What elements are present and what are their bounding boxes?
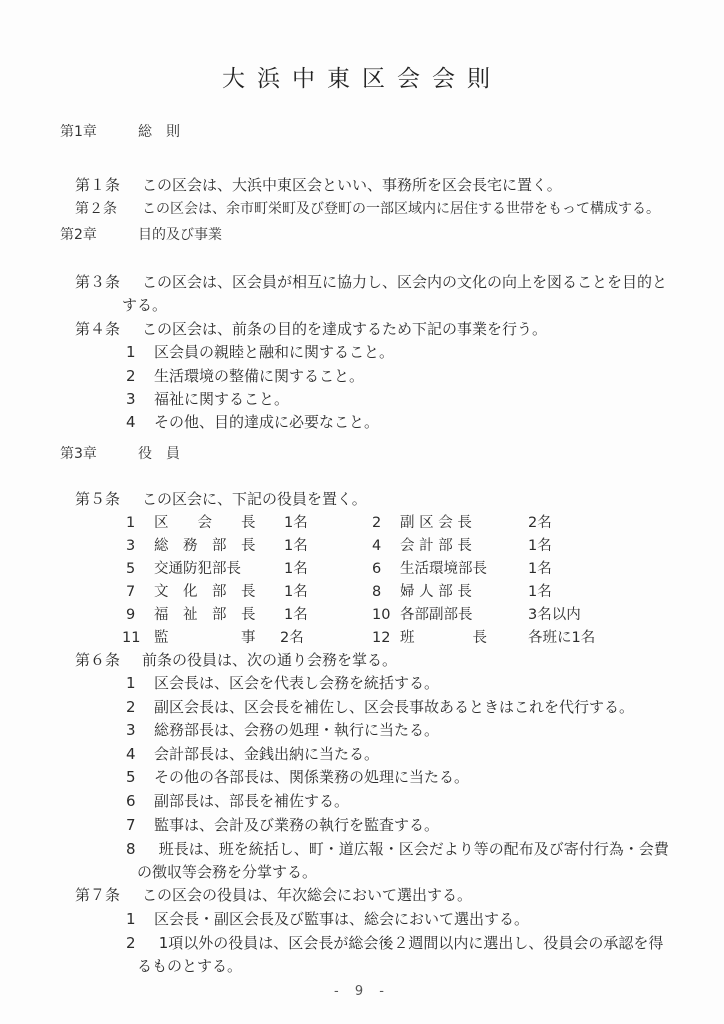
officer-row: 11監 事2名 xyxy=(122,626,304,647)
chapter-heading: 第1章総 則 xyxy=(60,121,180,141)
list-item: 5その他の各部長は、関係業務の処理に当たる。 xyxy=(126,766,469,787)
article-label: 第５条 xyxy=(75,488,142,509)
chapter-heading: 第3章役 員 xyxy=(60,443,180,463)
list-item: 1区会長・副区会長及び監事は、総会において選出する。 xyxy=(126,908,529,929)
article-label: 第４条 xyxy=(75,318,142,339)
officer-row: 8婦 人 部 長1名 xyxy=(372,580,552,601)
article: 第６条前条の役員は、次の通り会務を掌る。 xyxy=(75,649,397,670)
list-item: 7監事は、会計及び業務の執行を監査する。 xyxy=(126,814,439,835)
article-text: この区会の役員は、年次総会において選出する。 xyxy=(142,886,472,904)
article: 第５条この区会に、下記の役員を置く。 xyxy=(75,488,367,509)
officer-row: 9福 祉 部 長1名 xyxy=(126,603,308,624)
chapter-name: 目的及び事業 xyxy=(138,227,222,243)
article-continuation: する。 xyxy=(122,294,167,315)
list-item: 1区会長は、区会を代表し会務を統括する。 xyxy=(126,672,439,693)
officer-row: 7文 化 部 長1名 xyxy=(126,580,308,601)
officer-row: 5交通防犯部長1名 xyxy=(126,557,308,578)
officer-row: 4会 計 部 長1名 xyxy=(372,534,552,555)
article-label: 第７条 xyxy=(75,884,142,905)
article-text: この区会に、下記の役員を置く。 xyxy=(142,490,367,508)
article-text: この区会は、大浜中東区会といい、事務所を区会長宅に置く。 xyxy=(142,176,562,194)
list-item-continuation: の徴収等会務を分掌する。 xyxy=(137,861,317,882)
article: 第２条この区会は、余市町栄町及び登町の一部区域内に居住する世帯をもって構成する。 xyxy=(75,198,660,218)
chapter-label: 第1章 xyxy=(60,121,138,141)
article-label: 第６条 xyxy=(75,649,142,670)
article: 第３条この区会は、区会員が相互に協力し、区会内の文化の向上を図ることを目的と xyxy=(75,271,667,292)
article-text: この区会は、区会員が相互に協力し、区会内の文化の向上を図ることを目的と xyxy=(142,273,667,291)
chapter-label: 第3章 xyxy=(60,443,138,463)
document-title: 大浜中東区会会則 xyxy=(0,60,724,93)
article-label: 第２条 xyxy=(75,198,142,218)
list-item: 3福祉に関すること。 xyxy=(126,388,289,409)
list-item: 2生活環境の整備に関すること。 xyxy=(126,365,364,386)
article-label: 第１条 xyxy=(75,174,142,195)
officer-row: 2副 区 会 長2名 xyxy=(372,511,552,532)
list-item: 4その他、目的達成に必要なこと。 xyxy=(126,411,379,432)
article: 第４条この区会は、前条の目的を達成するため下記の事業を行う。 xyxy=(75,318,547,339)
list-item: 2副区会長は、区会長を補佐し、区会長事故あるときはこれを代行する。 xyxy=(126,696,634,717)
article-label: 第３条 xyxy=(75,271,142,292)
article-text: この区会は、前条の目的を達成するため下記の事業を行う。 xyxy=(142,320,547,338)
list-item: 2 1項以外の役員は、区会長が総会後２週間以内に選出し、役員会の承認を得 xyxy=(126,932,663,953)
officer-row: 10各部副部長3名以内 xyxy=(372,603,581,624)
article-text: 前条の役員は、次の通り会務を掌る。 xyxy=(142,651,397,669)
article-text: この区会は、余市町栄町及び登町の一部区域内に居住する世帯をもって構成する。 xyxy=(142,201,660,217)
article: 第１条この区会は、大浜中東区会といい、事務所を区会長宅に置く。 xyxy=(75,174,562,195)
officer-row: 3総 務 部 長1名 xyxy=(126,534,308,555)
article: 第７条この区会の役員は、年次総会において選出する。 xyxy=(75,884,472,905)
list-item-continuation: るものとする。 xyxy=(137,955,242,976)
officer-row: 6生活環境部長1名 xyxy=(372,557,552,578)
officer-row: 1区 会 長1名 xyxy=(126,511,308,532)
list-item: 4会計部長は、金銭出納に当たる。 xyxy=(126,743,379,764)
list-item: 3総務部長は、会務の処理・執行に当たる。 xyxy=(126,719,439,740)
list-item: 8 班長は、班を統括し、町・道広報・区会だより等の配布及び寄付行為・会費 xyxy=(126,838,669,859)
chapter-name: 役 員 xyxy=(138,446,180,462)
chapter-heading: 第2章目的及び事業 xyxy=(60,224,222,244)
page-number: - 9 - xyxy=(0,984,724,999)
chapter-name: 総 則 xyxy=(138,124,180,140)
officer-row: 12班 長各班に1名 xyxy=(372,626,595,647)
list-item: 6副部長は、部長を補佐する。 xyxy=(126,790,349,811)
list-item: 1区会員の親睦と融和に関すること。 xyxy=(126,341,394,362)
chapter-label: 第2章 xyxy=(60,224,138,244)
